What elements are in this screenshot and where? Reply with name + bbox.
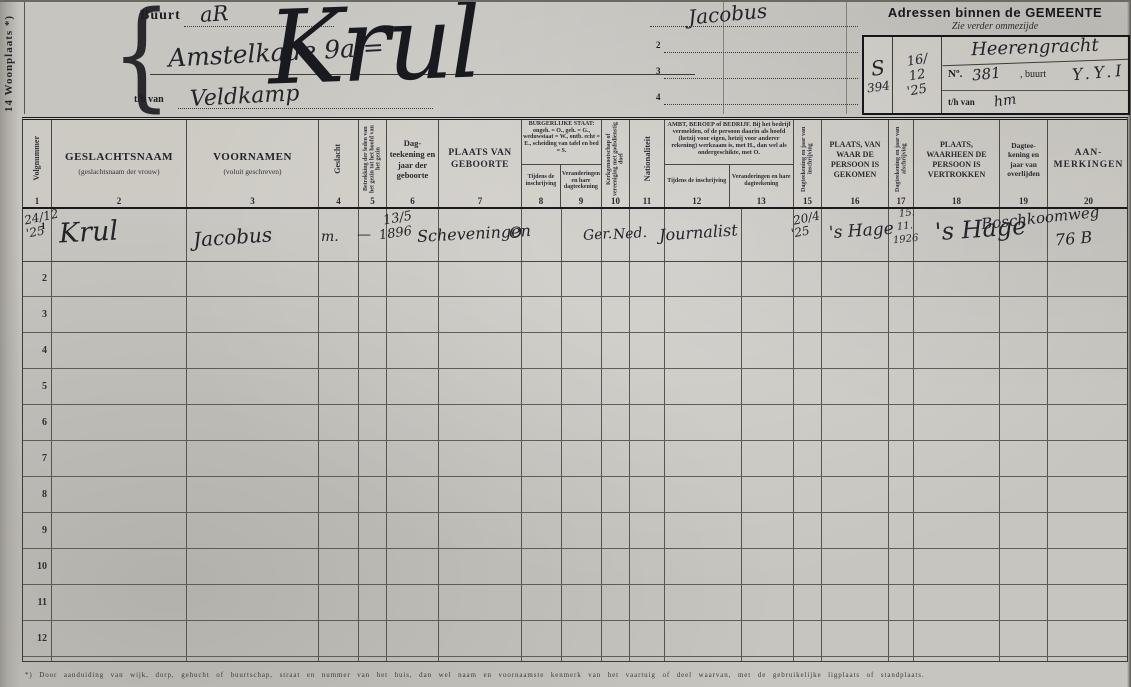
box-th-van-row: t/h van hm (942, 91, 1128, 113)
col-voornamen-title: VOORNAMEN (213, 151, 292, 163)
group-burgerlijke-staat: BURGERLIJKE STAAT: ongeh. = O., geh. = G… (521, 120, 601, 207)
col-voornamen: VOORNAMEN (voluit geschreven) 3 (186, 120, 318, 207)
col-number-9: 9 (561, 197, 601, 207)
col-bs-veranderingen: Veranderingen en hare dagteekening 9 (560, 165, 601, 207)
row1-departure-date-2: 11. (896, 220, 913, 233)
col-betrekking-label: Betrekking der leden van het gezin tot h… (363, 122, 382, 196)
date-handwriting-1: 16/ (905, 51, 928, 69)
name-lines-block: Jacobus 2 3 4 (650, 2, 858, 114)
col-number-12: 12 (665, 197, 729, 207)
name-line-2 (664, 34, 858, 53)
row1-departure-date-3: 1926 (892, 233, 918, 247)
box-buurt-handwriting: Y.Y.I (1071, 61, 1126, 85)
col-number-7: 7 (439, 196, 521, 206)
address-box-date-cell: 16/ 12 '25 (893, 37, 942, 113)
addresses-subtitle: Zie verder ommezijde (870, 21, 1120, 32)
col-number-18: 18 (914, 196, 999, 206)
buurt-label: Buurt (140, 8, 181, 24)
code-letter-handwriting: S (870, 55, 887, 81)
row1-printed-number: 1 (41, 221, 46, 231)
row1-relation: — (357, 227, 371, 243)
col-geslachtsnaam-sub: (geslachtsnaam der vrouw) (78, 167, 159, 176)
row-number: 7 (27, 453, 47, 464)
col-number-17: 17 (889, 196, 913, 206)
col-geboorteplaats: PLAATS VAN GEBOORTE 7 (438, 120, 521, 207)
date-handwriting-3: '25 (906, 81, 928, 99)
addresses-title: Adressen binnen de GEMEENTE (870, 5, 1120, 20)
row1-birth-year: 1896 (378, 224, 413, 243)
row1-sex: m. (321, 229, 339, 245)
col-plaats-gekomen-label: PLAATS, VAN WAAR DE PERSOON IS GEKOMEN (822, 140, 888, 180)
col-number-19: 19 (1000, 196, 1047, 206)
group-beroep-title: AMBT, BEROEP of BEDRIJF. Bij het bedrijf… (665, 120, 793, 165)
table-body: 24/12 '25 1 Krul Jacobus m. — 13/5 1896 … (22, 209, 1128, 662)
row1-firstname: Jacobus (192, 222, 273, 251)
row1-bottom-line (23, 261, 1127, 262)
col-beroep-inschrijving: Tijdens de inschrijving 12 (665, 165, 729, 207)
col-overlijden-label: Dagtee- kening en jaar van overlijden (1000, 141, 1047, 179)
name-line-1 (650, 8, 858, 27)
number-handwriting: 381 (971, 64, 1001, 85)
number-label: Nº. (948, 68, 962, 80)
col-voornamen-sub: (voluit geschreven) (223, 167, 281, 176)
address-box-detail-cell: Heerengracht Nº. 381 , buurt Y.Y.I t/h v… (942, 37, 1128, 113)
col-volgnummer-label: Volgnummer (33, 136, 41, 181)
col-number-1: 1 (23, 196, 51, 206)
col-nationaliteit: Nationaliteit 11 (629, 120, 664, 207)
line-number-3: 3 (656, 66, 661, 76)
col-geboortedatum-label: Dag-teekening en jaar der geboorte (387, 138, 438, 181)
footnote: *) Door aanduiding van wijk, dorp, gehuc… (25, 671, 1129, 679)
row-number: 8 (27, 489, 47, 500)
col-volgnummer: Volgnummer 1 (23, 120, 51, 207)
col-kerkgenootschap-label: Kerkgenootschap of vereeniging met godsd… (606, 122, 625, 196)
col-bs-inschrijving: Tijdens de inschrijving 8 (522, 165, 560, 207)
col-plaats-vertrokken: PLAATS, WAARHEEN DE PERSOON IS VERTROKKE… (913, 120, 999, 207)
population-register-card: 14 Woonplaats *) { Buurt aR Amstelkade 9… (0, 0, 1131, 687)
row-number: 3 (27, 309, 47, 320)
row1-nationality: Ned. (612, 225, 647, 243)
col-betrekking: Betrekking der leden van het gezin tot h… (358, 120, 386, 207)
col-number-13: 13 (730, 197, 794, 207)
row-number: 12 (27, 633, 47, 644)
col-bs-inschrijving-label: Tijdens de inschrijving (523, 174, 559, 187)
col-number-16: 16 (822, 196, 888, 206)
row1-entry-date-year: '25 (790, 223, 811, 240)
col-afschrijving-datum-label: Dagteekening en jaar van afschrijving (895, 122, 908, 196)
col-number-11: 11 (630, 196, 664, 206)
col-number-6: 6 (387, 196, 438, 206)
col-nationaliteit-label: Nationaliteit (643, 136, 652, 181)
col-beroep-inschrijving-label: Tijdens de inschrijving (667, 178, 726, 185)
col-inschrijving-datum: Dagteekening en jaar van inschrijving 15 (793, 120, 821, 207)
group-burgerlijke-staat-title: BURGERLIJKE STAAT: ongeh. = O., geh. = G… (522, 120, 601, 165)
house-number-row: Nº. 381 , buurt Y.Y.I (942, 63, 1128, 91)
group-beroep: AMBT, BEROEP of BEDRIJF. Bij het bedrijf… (664, 120, 793, 207)
surname-large-handwriting: Krul (266, 0, 481, 109)
row1-remark-number: 76 B (1054, 227, 1093, 249)
row-number: 11 (27, 597, 47, 608)
th-van-label: t/h van (134, 94, 164, 105)
col-geslacht-label: Geslacht (334, 144, 342, 174)
col-number-10: 10 (602, 196, 629, 206)
box-th-van-label: t/h van (948, 97, 975, 107)
row-number: 4 (27, 345, 47, 356)
col-number-15: 15 (794, 196, 821, 206)
col-kerkgenootschap: Kerkgenootschap of vereeniging met godsd… (601, 120, 629, 207)
col-number-4: 4 (319, 196, 358, 206)
row1-church: Ger. (582, 226, 612, 244)
address-box: S 394 16/ 12 '25 Heerengracht Nº. 381 , … (862, 35, 1130, 115)
col-number-2: 2 (52, 196, 186, 206)
col-beroep-veranderingen-label: Veranderingen en hare dagteekening (731, 174, 793, 187)
col-beroep-veranderingen: Veranderingen en hare dagteekening 13 (729, 165, 794, 207)
woonplaats-rotated-label: 14 Woonplaats *) (3, 8, 15, 112)
line-number-2: 2 (656, 40, 661, 50)
row1-from-place: 's Hage (828, 219, 894, 243)
row1-surname: Krul (58, 215, 119, 249)
col-number-8: 8 (522, 197, 560, 207)
row-number: 9 (27, 525, 47, 536)
row1-occupation: Journalist (658, 220, 738, 244)
col-bs-veranderingen-label: Veranderingen en hare dagteekening (562, 171, 600, 191)
col-geslachtsnaam: GESLACHTSNAAM (geslachtsnaam der vrouw) … (51, 120, 186, 207)
street-handwriting: Heerengracht (942, 34, 1129, 66)
col-overlijden: Dagtee- kening en jaar van overlijden 19 (999, 120, 1047, 207)
table-header: Volgnummer 1 GESLACHTSNAAM (geslachtsnaa… (22, 117, 1128, 209)
col-geslachtsnaam-title: GESLACHTSNAAM (65, 151, 173, 163)
code-number-handwriting: 394 (866, 78, 891, 95)
name-line-3 (664, 60, 858, 79)
address-box-code-cell: S 394 (864, 37, 893, 113)
box-buurt-label: , buurt (1020, 69, 1046, 80)
top-left-rule (24, 2, 25, 114)
col-geslacht: Geslacht 4 (318, 120, 358, 207)
col-aanmerkingen-label: AAN- MERKINGEN (1048, 148, 1129, 172)
col-number-5: 5 (359, 196, 386, 206)
box-th-van-handwriting: hm (993, 92, 1017, 111)
col-geboortedatum: Dag-teekening en jaar der geboorte 6 (386, 120, 438, 207)
col-plaats-vertrokken-label: PLAATS, WAARHEEN DE PERSOON IS VERTROKKE… (914, 140, 999, 180)
row1-departure-date-1: 15. (899, 208, 916, 220)
row-number: 5 (27, 381, 47, 392)
line-number-4: 4 (656, 92, 661, 102)
row1-civil-state: O (509, 223, 522, 242)
col-aanmerkingen: AAN- MERKINGEN 20 (1047, 120, 1129, 207)
row-number: 2 (27, 273, 47, 284)
col-inschrijving-datum-label: Dagteekening en jaar van inschrijving (801, 122, 814, 196)
row-number: 10 (27, 561, 47, 572)
col-number-3: 3 (187, 196, 318, 206)
col-plaats-gekomen: PLAATS, VAN WAAR DE PERSOON IS GEKOMEN 1… (821, 120, 888, 207)
col-afschrijving-datum: Dagteekening en jaar van afschrijving 17 (888, 120, 913, 207)
row-gridlines (23, 261, 1127, 658)
row-number: 6 (27, 417, 47, 428)
col-geboorteplaats-label: PLAATS VAN GEBOORTE (439, 148, 521, 172)
name-line-4 (664, 86, 858, 105)
